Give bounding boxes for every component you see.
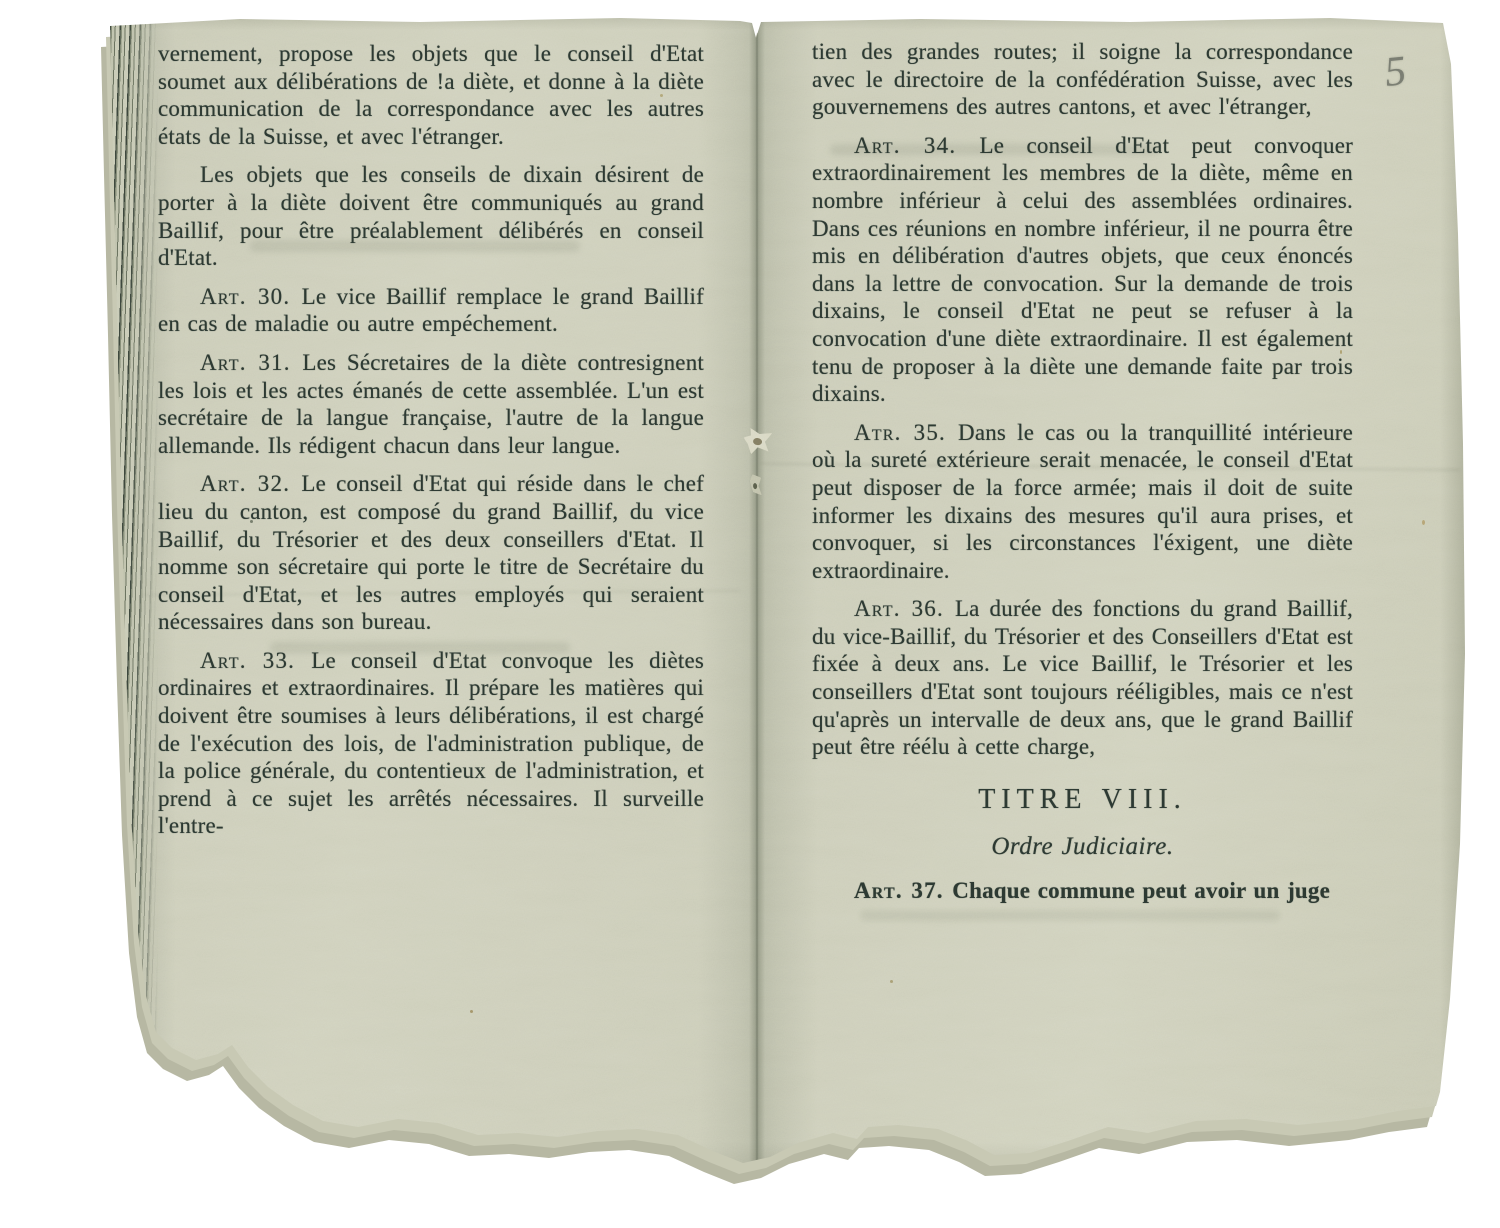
book-spread: vernement, propose les objets que le con… [100,14,1468,1176]
paper-speck [1422,520,1425,525]
paragraph: Atr. 35.Dans le cas ou la tranquillité i… [812,419,1353,585]
paper-speck [470,1010,473,1013]
paragraph-text: Le conseil d'Etat peut convoquer extraor… [812,133,1353,406]
paragraph-text: Le conseil d'Etat convoque les diètes or… [158,648,704,839]
page-right: tien des grandes routes; il soigne la co… [812,38,1353,915]
paragraph-text: tien des grandes routes; il soigne la co… [812,39,1353,119]
right-page-paragraphs: tien des grandes routes; il soigne la co… [812,38,1353,761]
paragraph-text: Chaque commune peut avoir un juge [952,878,1330,903]
article-label: Art. 30. [200,284,302,309]
paragraph: vernement, propose les objets que le con… [158,40,704,150]
paper-speck [890,980,893,983]
paragraph: Art. 30.Le vice Baillif remplace le gran… [158,283,704,338]
paragraph: tien des grandes routes; il soigne la co… [812,38,1353,121]
article-label: Atr. 35. [854,420,958,445]
article-label: Art. 33. [200,648,311,673]
article-label: Art. 31. [200,350,302,375]
ordre-judiciaire-heading: Ordre Judiciaire. [812,833,1353,861]
paragraph-text: vernement, propose les objets que le con… [158,41,704,149]
paragraph: Art. 31.Les Sécretaires de la diète cont… [158,349,704,459]
titre-viii-heading: TITRE VIII. [812,785,1353,815]
page-left: vernement, propose les objets que le con… [158,40,704,851]
paragraph: Art. 34.Le conseil d'Etat peut convoquer… [812,132,1353,408]
article-37-line: Art. 37.Chaque commune peut avoir un jug… [812,877,1353,905]
paragraph: Les objets que les conseils de dixain dé… [158,161,704,271]
article-label: Art. 32. [200,471,301,496]
paragraph: Art. 36.La durée des fonctions du grand … [812,595,1353,761]
pencil-page-number: 5 [1383,47,1409,97]
paragraph-text: Les objets que les conseils de dixain dé… [158,162,704,270]
paragraph: Art. 33.Le conseil d'Etat convoque les d… [158,647,704,840]
paper-spread: vernement, propose les objets que le con… [100,14,1468,1176]
article-label: Art. 34. [854,133,980,158]
article-label: Art. 36. [854,596,955,621]
article-label: Art. 37. [854,878,952,903]
paragraph: Art. 32.Le conseil d'Etat qui réside dan… [158,470,704,636]
center-fold [749,14,765,1176]
